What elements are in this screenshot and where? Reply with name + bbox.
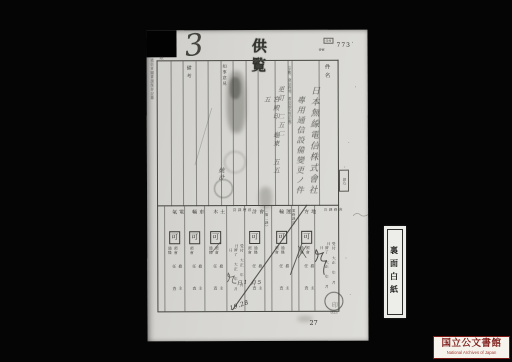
slash-mark [212,242,220,252]
margin-speck: ʼ [351,42,353,48]
corner-code: 015 [330,310,337,315]
archives-title-en: National Archives of Japan [434,350,509,355]
footer-smudge [297,316,312,322]
archives-title-jp: 国立公文書館 [434,337,509,350]
margin-tab: 綴込 [339,170,349,192]
slip-inner-border: 裏面白紙 [387,229,403,315]
scanned-document-page: 3 供覧 773 受付 番號 紙 逓信省圖書課保存記錄 備考 知事意見 件名 （… [146,30,368,342]
margin-speck: ˏ [349,290,351,296]
margin-speck: ˎ [348,138,350,144]
margin-scribble [353,213,368,216]
short-diagonal [290,243,302,275]
date-scribble [227,273,236,283]
national-archives-stamp: 国立公文書館 National Archives of Japan [433,336,510,359]
signature-scribble [315,250,326,275]
margin-speck: · [345,256,347,262]
faint-diagonal [195,108,212,165]
ink-strokes-overlay [146,30,368,342]
screenshot-stage: 3 供覧 773 受付 番號 紙 逓信省圖書課保存記錄 備考 知事意見 件名 （… [0,0,512,362]
slip-text: 裏面白紙 [390,246,401,298]
cancellation-diagonal [232,205,307,310]
margin-speck: · [355,85,357,91]
margin-speck: · [344,165,346,171]
archive-side-slip: 裏面白紙 [384,226,406,318]
